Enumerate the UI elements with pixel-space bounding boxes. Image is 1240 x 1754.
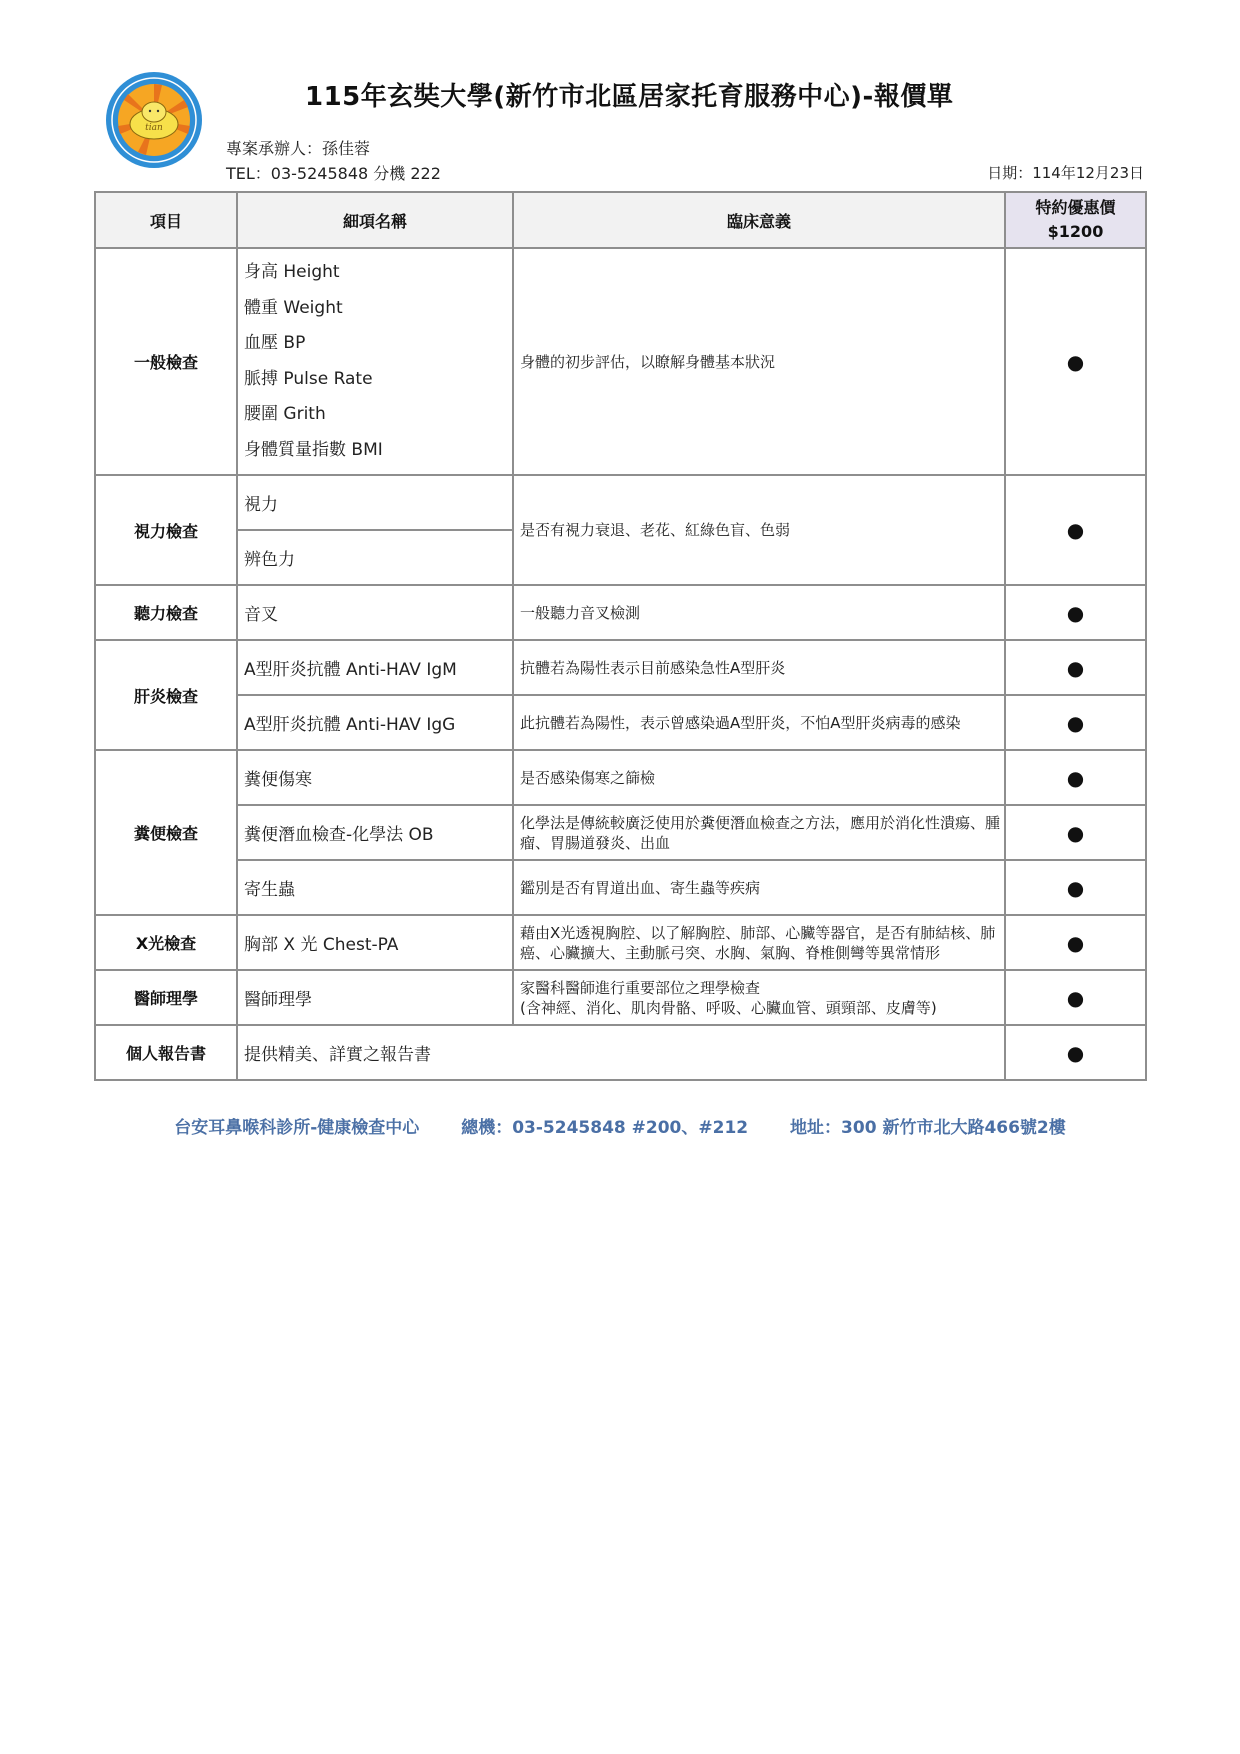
table-row: 聽力檢查 音叉 一般聽力音叉檢測 ● — [95, 585, 1146, 640]
included-mark: ● — [1005, 248, 1146, 475]
table-row: 肝炎檢查 A型肝炎抗體 Anti-HAV IgM 抗體若為陽性表示目前感染急性A… — [95, 640, 1146, 695]
item-cell: 醫師理學 — [237, 970, 513, 1025]
item-cell: A型肝炎抗體 Anti-HAV IgM — [237, 640, 513, 695]
item-cell: 身高 Height 體重 Weight 血壓 BP 脈搏 Pulse Rate … — [237, 248, 513, 475]
footer-phone: 總機：03-5245848 #200、#212 — [461, 1118, 748, 1138]
item-line: 脈搏 Pulse Rate — [244, 362, 512, 398]
col-header-price: 特約優惠價 $1200 — [1005, 192, 1146, 248]
item-line: 血壓 BP — [244, 326, 512, 362]
table-row: A型肝炎抗體 Anti-HAV IgG 此抗體若為陽性，表示曾感染過A型肝炎，不… — [95, 695, 1146, 750]
item-cell: 糞便傷寒 — [237, 750, 513, 805]
table-row: 醫師理學 醫師理學 家醫科醫師進行重要部位之理學檢查 (含神經、消化、肌肉骨骼、… — [95, 970, 1146, 1025]
included-mark: ● — [1005, 970, 1146, 1025]
col-header-description: 臨床意義 — [513, 192, 1005, 248]
contact-person: 專案承辦人：孫佳蓉 — [226, 136, 441, 161]
item-cell: 寄生蟲 — [237, 860, 513, 915]
table-row: 寄生蟲 鑑別是否有胃道出血、寄生蟲等疾病 ● — [95, 860, 1146, 915]
clinic-logo: tian — [104, 70, 204, 170]
quote-date: 日期：114年12月23日 — [987, 162, 1144, 183]
included-mark: ● — [1005, 860, 1146, 915]
description-cell: 藉由X光透視胸腔、以了解胸腔、肺部、心臟等器官，是否有肺結核、肺癌、心臟擴大、主… — [513, 915, 1005, 970]
category-cell: 糞便檢查 — [95, 750, 237, 915]
description-line: 家醫科醫師進行重要部位之理學檢查 — [520, 978, 1004, 998]
included-mark: ● — [1005, 1025, 1146, 1080]
footer-address: 地址：300 新竹市北大路466號2樓 — [790, 1118, 1066, 1138]
included-mark: ● — [1005, 475, 1146, 585]
description-cell: 鑑別是否有胃道出血、寄生蟲等疾病 — [513, 860, 1005, 915]
table-row: 糞便潛血檢查-化學法 OB 化學法是傳統較廣泛使用於糞便潛血檢查之方法，應用於消… — [95, 805, 1146, 860]
table-row: 視力檢查 視力 是否有視力衰退、老花、紅綠色盲、色弱 ● — [95, 475, 1146, 530]
category-cell: X光檢查 — [95, 915, 237, 970]
description-line: (含神經、消化、肌肉骨骼、呼吸、心臟血管、頭頸部、皮膚等) — [520, 998, 1004, 1018]
category-cell: 個人報告書 — [95, 1025, 237, 1080]
category-cell: 一般檢查 — [95, 248, 237, 475]
item-cell: 糞便潛血檢查-化學法 OB — [237, 805, 513, 860]
description-cell: 抗體若為陽性表示目前感染急性A型肝炎 — [513, 640, 1005, 695]
description-cell: 是否有視力衰退、老花、紅綠色盲、色弱 — [513, 475, 1005, 585]
description-cell: 化學法是傳統較廣泛使用於糞便潛血檢查之方法，應用於消化性潰瘍、腫瘤、胃腸道發炎、… — [513, 805, 1005, 860]
svg-text:tian: tian — [145, 123, 163, 133]
table-row: 糞便檢查 糞便傷寒 是否感染傷寒之篩檢 ● — [95, 750, 1146, 805]
category-cell: 醫師理學 — [95, 970, 237, 1025]
price-label: 特約優惠價 — [1006, 196, 1145, 220]
included-mark: ● — [1005, 695, 1146, 750]
table-header-row: 項目 細項名稱 臨床意義 特約優惠價 $1200 — [95, 192, 1146, 248]
category-cell: 視力檢查 — [95, 475, 237, 585]
description-cell: 是否感染傷寒之篩檢 — [513, 750, 1005, 805]
item-cell: 提供精美、詳實之報告書 — [237, 1025, 1005, 1080]
footer: 台安耳鼻喉科診所-健康檢查中心 總機：03-5245848 #200、#212 … — [0, 1113, 1240, 1138]
item-cell: 辨色力 — [237, 530, 513, 585]
description-cell: 家醫科醫師進行重要部位之理學檢查 (含神經、消化、肌肉骨骼、呼吸、心臟血管、頭頸… — [513, 970, 1005, 1025]
page-title: 115年玄奘大學(新竹市北區居家托育服務中心)-報價單 — [305, 76, 953, 113]
item-cell: 胸部 X 光 Chest-PA — [237, 915, 513, 970]
item-line: 腰圍 Grith — [244, 397, 512, 433]
contact-block: 專案承辦人：孫佳蓉 TEL：03-5245848 分機 222 — [226, 136, 441, 186]
item-cell: A型肝炎抗體 Anti-HAV IgG — [237, 695, 513, 750]
description-cell: 此抗體若為陽性，表示曾感染過A型肝炎，不怕A型肝炎病毒的感染 — [513, 695, 1005, 750]
description-cell: 身體的初步評估，以瞭解身體基本狀況 — [513, 248, 1005, 475]
footer-clinic: 台安耳鼻喉科診所-健康檢查中心 — [174, 1118, 419, 1138]
item-cell: 視力 — [237, 475, 513, 530]
included-mark: ● — [1005, 585, 1146, 640]
item-cell: 音叉 — [237, 585, 513, 640]
table-row: 個人報告書 提供精美、詳實之報告書 ● — [95, 1025, 1146, 1080]
included-mark: ● — [1005, 805, 1146, 860]
quote-table: 項目 細項名稱 臨床意義 特約優惠價 $1200 一般檢查 身高 Height … — [94, 191, 1147, 1081]
included-mark: ● — [1005, 640, 1146, 695]
item-line: 身體質量指數 BMI — [244, 433, 512, 469]
item-line: 身高 Height — [244, 255, 512, 291]
col-header-category: 項目 — [95, 192, 237, 248]
col-header-item: 細項名稱 — [237, 192, 513, 248]
contact-phone: TEL：03-5245848 分機 222 — [226, 161, 441, 186]
description-cell: 一般聽力音叉檢測 — [513, 585, 1005, 640]
included-mark: ● — [1005, 750, 1146, 805]
category-cell: 肝炎檢查 — [95, 640, 237, 750]
category-cell: 聽力檢查 — [95, 585, 237, 640]
included-mark: ● — [1005, 915, 1146, 970]
table-row: 一般檢查 身高 Height 體重 Weight 血壓 BP 脈搏 Pulse … — [95, 248, 1146, 475]
item-line: 體重 Weight — [244, 291, 512, 327]
logo-icon: tian — [104, 70, 204, 170]
table-row: X光檢查 胸部 X 光 Chest-PA 藉由X光透視胸腔、以了解胸腔、肺部、心… — [95, 915, 1146, 970]
price-value: $1200 — [1006, 220, 1145, 244]
